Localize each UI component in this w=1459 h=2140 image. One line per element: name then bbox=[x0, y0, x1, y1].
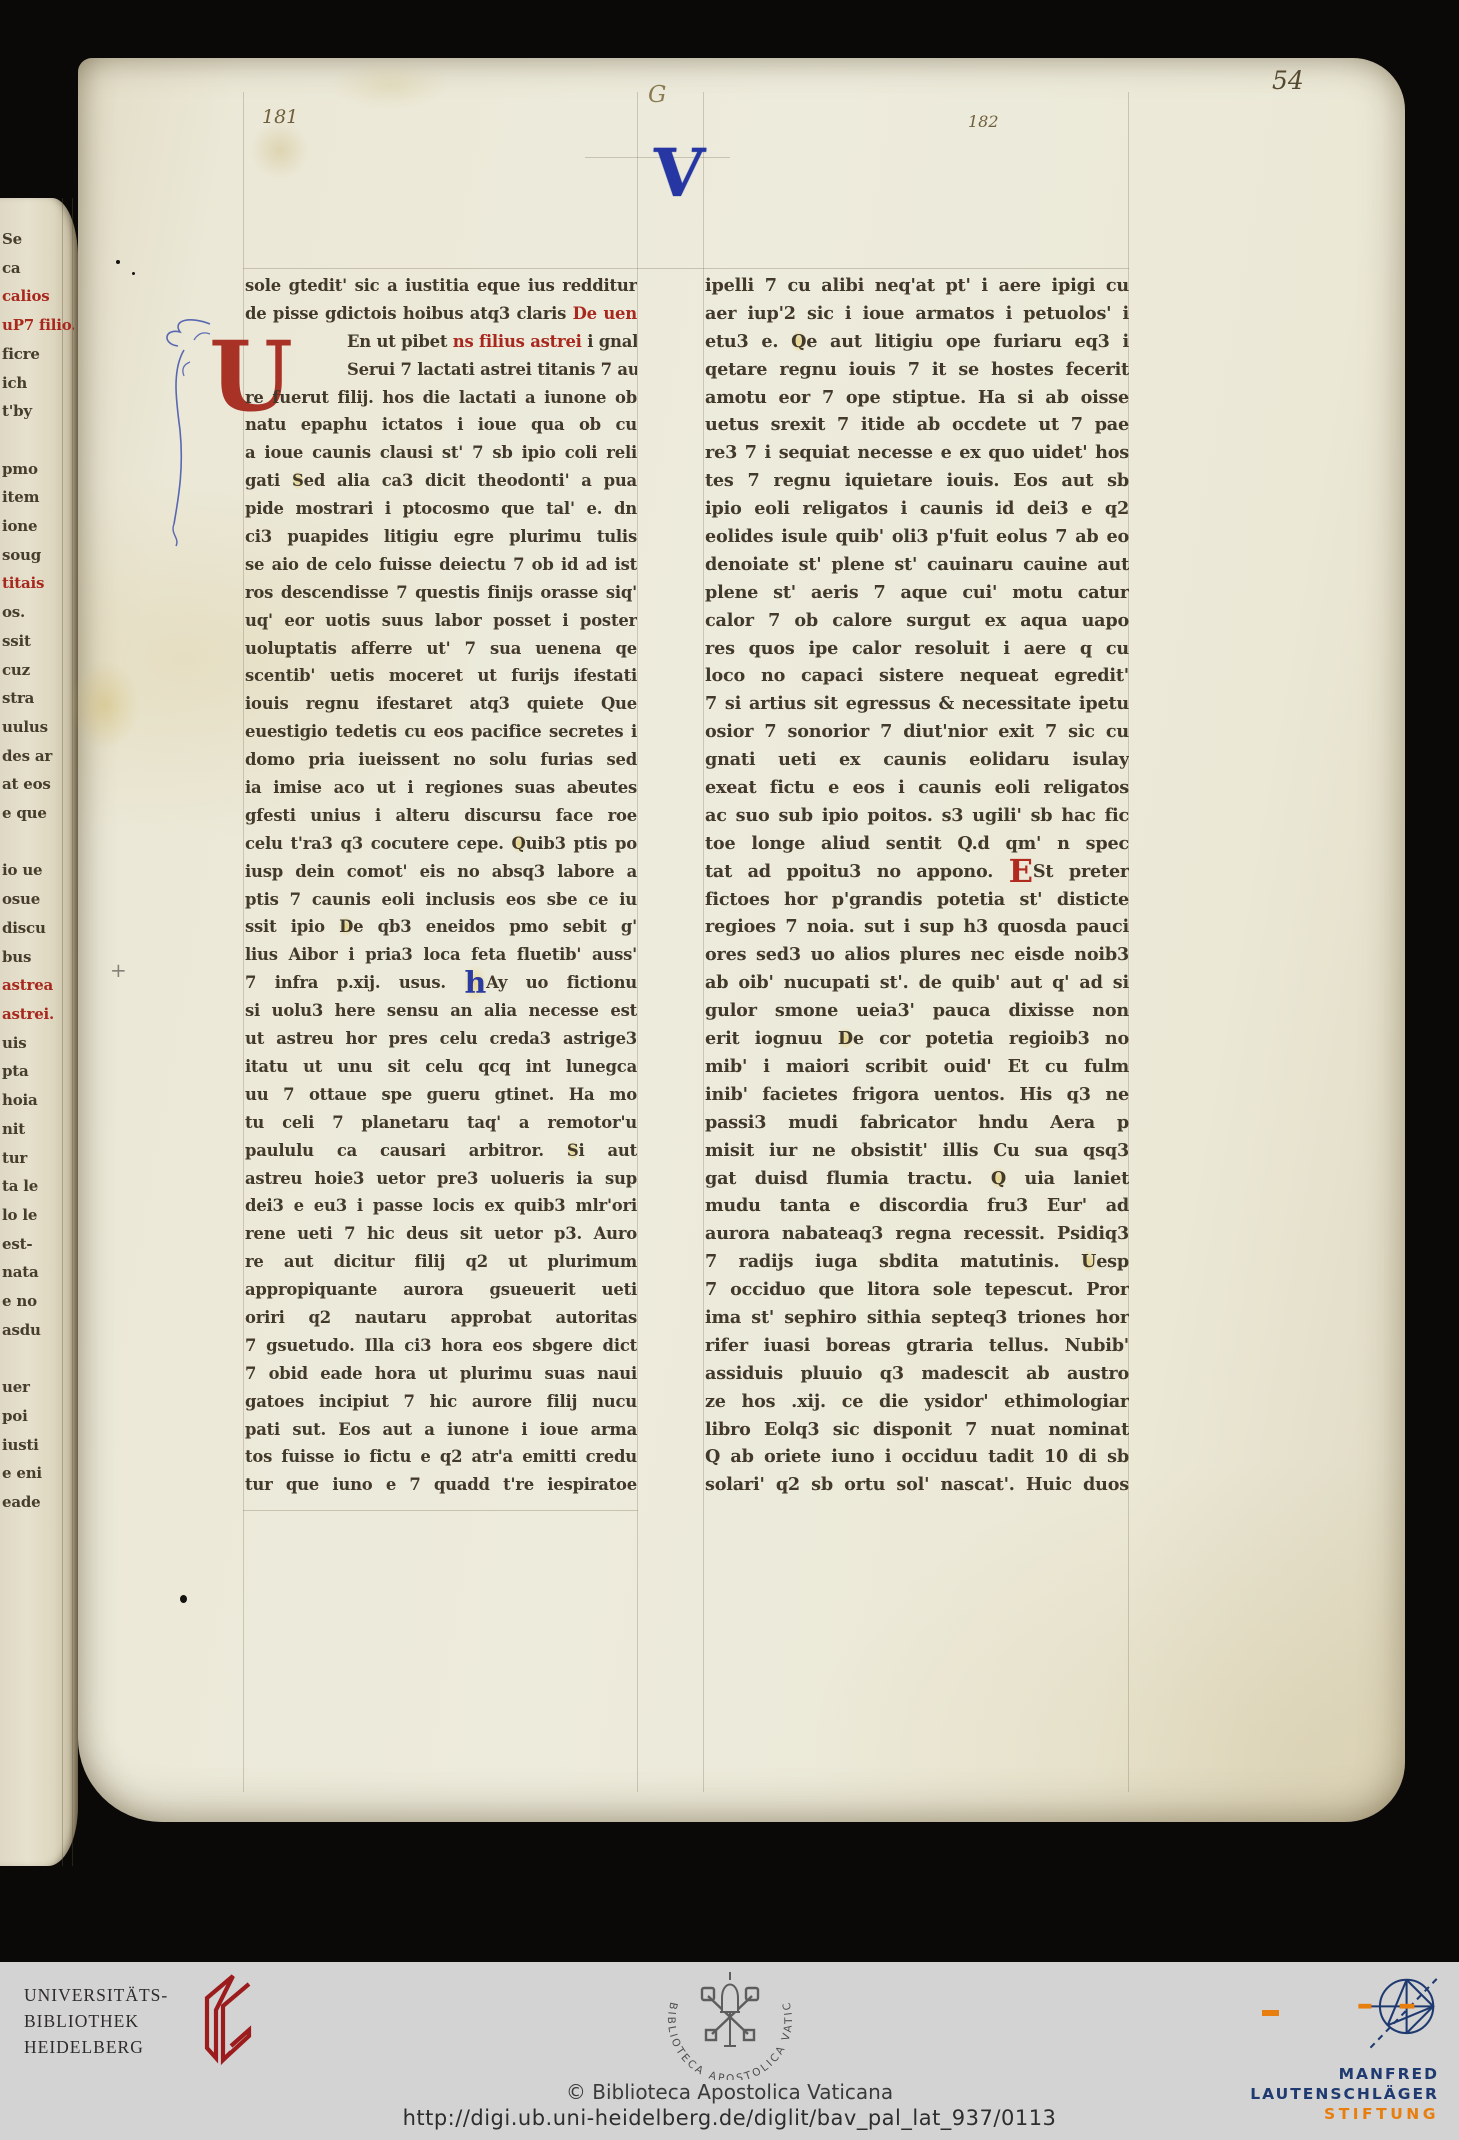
manuscript-text-line: erit iognuu De cor potetia regioib3 no bbox=[705, 1025, 1129, 1053]
margin-fragment: calios bbox=[2, 282, 74, 311]
manuscript-text-line: pide mostrari i ptocosmo que tal' e. dn bbox=[245, 495, 637, 523]
manuscript-text-line: gat duisd flumia tractu. Q uia laniet bbox=[705, 1165, 1129, 1193]
manuscript-text-line: re fuerut filij. hos die lactati a iunon… bbox=[245, 384, 637, 412]
margin-fragment: uer bbox=[2, 1373, 74, 1402]
margin-fragment: ficre bbox=[2, 340, 74, 369]
manuscript-text-line: res quos ipe calor resoluit i aere q cu bbox=[705, 635, 1129, 663]
manuscript-text-line: gulor smone ueia3' pauca dixisse non bbox=[705, 997, 1129, 1025]
margin-fragment bbox=[2, 828, 74, 857]
margin-fragment: uP7 filio. bbox=[2, 311, 74, 340]
margin-fragment: at eos bbox=[2, 770, 74, 799]
manuscript-text-line: celu t'ra3 q3 cocutere cepe. Quib3 ptis … bbox=[245, 830, 637, 858]
manuscript-text-line: pati sut. Eos aut a iunone i ioue arma bbox=[245, 1416, 637, 1444]
margin-fragment: astrea bbox=[2, 971, 74, 1000]
ink-spot bbox=[180, 1595, 187, 1603]
margin-fragment: discu bbox=[2, 914, 74, 943]
margin-fragment: soug bbox=[2, 541, 74, 570]
margin-fragment: Se bbox=[2, 225, 74, 254]
ub-heidelberg-logo-icon bbox=[195, 1970, 255, 2070]
manuscript-text-line: ores sed3 uo alios plures nec eisde noib… bbox=[705, 941, 1129, 969]
margin-fragment: io ue bbox=[2, 856, 74, 885]
manuscript-text-line: uq' eor uotis suus labor posset i poster bbox=[245, 607, 637, 635]
manuscript-text-line: passi3 mudi fabricator hndu Aera p bbox=[705, 1109, 1129, 1137]
manuscript-text-line: ac suo sub ipio poitos. s3 ugili' sb hac… bbox=[705, 802, 1129, 830]
manuscript-text-line: 7 radijs iuga sbdita matutinis. Uesp bbox=[705, 1248, 1129, 1276]
copyright-line: © Biblioteca Apostolica Vaticana bbox=[0, 2080, 1459, 2104]
margin-fragment: os. bbox=[2, 598, 74, 627]
manuscript-text-line: ros descendisse 7 questis finijs orasse … bbox=[245, 579, 637, 607]
margin-fragment: uulus bbox=[2, 713, 74, 742]
manuscript-text-line: de pisse gdictois hoibus atq3 claris De … bbox=[245, 300, 637, 328]
papal-tiara-icon bbox=[720, 1972, 740, 2046]
manuscript-text-line: 7 infra p.xij. usus. hAy uo fictionu bbox=[245, 969, 637, 997]
manuscript-text-line: gfesti unius i alteru discursu face roe bbox=[245, 802, 637, 830]
margin-fragment: astrei. bbox=[2, 1000, 74, 1029]
manuscript-text-line: dei3 e eu3 i passe locis ex quib3 mlr'or… bbox=[245, 1192, 637, 1220]
text-column-left: sole gtedit' sic a iustitia eque ius red… bbox=[245, 272, 637, 1504]
manuscript-text-line: uetus srexit 7 itide ab occdete ut 7 pae bbox=[705, 411, 1129, 439]
source-url: http://digi.ub.uni-heidelberg.de/diglit/… bbox=[0, 2106, 1459, 2130]
manuscript-text-line: gatoes incipiut 7 hic aurore filij nucu bbox=[245, 1388, 637, 1416]
margin-fragment: nata bbox=[2, 1258, 74, 1287]
manuscript-text-line: se aio de celo fuisse deiectu 7 ob id ad… bbox=[245, 551, 637, 579]
manuscript-text-line: paululu ca causari arbitror. Si aut bbox=[245, 1137, 637, 1165]
manuscript-text-line: rifer iuasi boreas gtraria tellus. Nubib… bbox=[705, 1332, 1129, 1360]
manuscript-text-line: ima st' sephiro sithia septeq3 triones h… bbox=[705, 1304, 1129, 1332]
margin-fragment: t'by bbox=[2, 397, 74, 426]
manuscript-text-line: ci3 puapides litigiu egre plurimu tulis bbox=[245, 523, 637, 551]
manuscript-text-line: domo pria iueissent no solu furias sed bbox=[245, 746, 637, 774]
manuscript-text-line: libro Eolq3 sic disponit 7 nuat nominat bbox=[705, 1416, 1129, 1444]
manuscript-text-line: itatu ut unu sit celu qcq int lunegca bbox=[245, 1053, 637, 1081]
text-column-right: ipelli 7 cu alibi neq'at pt' i aere ipig… bbox=[705, 272, 1129, 1504]
manuscript-text-line: ze hos .xij. ce die ysidor' ethimologiar bbox=[705, 1388, 1129, 1416]
margin-fragment: ione bbox=[2, 512, 74, 541]
margin-fragment: uis bbox=[2, 1029, 74, 1058]
manuscript-text-line: 7 si artius sit egressus & necessitate i… bbox=[705, 690, 1129, 718]
manuscript-text-line: ipio eoli religatos i caunis id dei3 e q… bbox=[705, 495, 1129, 523]
parchment-stain bbox=[250, 120, 310, 180]
margin-fragment: bus bbox=[2, 943, 74, 972]
margin-fragment: est- bbox=[2, 1230, 74, 1259]
manuscript-text-line: re3 7 i sequiat necesse e ex quo uidet' … bbox=[705, 439, 1129, 467]
margin-fragment: ssit bbox=[2, 627, 74, 656]
manuscript-text-line: mudu tanta e discordia fru3 Eur' ad bbox=[705, 1192, 1129, 1220]
margin-fragment: ca bbox=[2, 254, 74, 283]
margin-fragment: osue bbox=[2, 885, 74, 914]
manuscript-text-line: tat ad ppoitu3 no appono. ESt preter bbox=[705, 858, 1129, 886]
manuscript-text-line: calor 7 ob calore surgut ex aqua uapo bbox=[705, 607, 1129, 635]
manuscript-text-line: ptis 7 caunis eoli inclusis eos sbe ce i… bbox=[245, 886, 637, 914]
ruling-line-horizontal bbox=[243, 1510, 638, 1511]
ruling-line-vertical bbox=[637, 92, 638, 1792]
manuscript-text-line: iusp dein comot' eis no absq3 labore a bbox=[245, 858, 637, 886]
manuscript-text-line: ut astreu hor pres celu creda3 astrige3 bbox=[245, 1025, 637, 1053]
manuscript-text-line: osior 7 sonorior 7 diut'nior exit 7 sic … bbox=[705, 718, 1129, 746]
margin-fragment: poi bbox=[2, 1402, 74, 1431]
manuscript-text-line: natu epaphu ictatos i ioue qua ob cu bbox=[245, 411, 637, 439]
ub-line-3: HEIDELBERG bbox=[24, 2034, 168, 2060]
manuscript-text-line: astreu hoie3 uetor pre3 uolueris ia sup bbox=[245, 1165, 637, 1193]
quire-mark: G bbox=[648, 82, 666, 108]
manuscript-text-line: uoluptatis afferre ut' 7 sua uenena qe bbox=[245, 635, 637, 663]
manuscript-text-line: toe longe aliud sentit Q.d qm' n spec bbox=[705, 830, 1129, 858]
manuscript-text-line: ssit ipio De qb3 eneidos pmo sebit g' bbox=[245, 913, 637, 941]
facing-page-text-fragments: SecacaliosuP7 filio.ficreicht'by pmoitem… bbox=[2, 225, 74, 1517]
manuscript-text-line: assiduis pluuio q3 madescit ab austro bbox=[705, 1360, 1129, 1388]
foundation-line-2: LAUTENSCHLÄGER bbox=[1250, 2084, 1439, 2104]
margin-fragment: eade bbox=[2, 1488, 74, 1517]
manuscript-text-line: plene st' aeris 7 aque cui' motu catur bbox=[705, 579, 1129, 607]
digitized-manuscript-scan: { "page_numbers": { "folio_left": "181",… bbox=[0, 0, 1459, 2140]
manuscript-text-line: eolides isule quib' oli3 p'fuit eolus 7 … bbox=[705, 523, 1129, 551]
blue-initial-v: V bbox=[640, 138, 715, 212]
manuscript-text-line: amotu eor 7 ope stiptue. Ha si ab oisse bbox=[705, 384, 1129, 412]
manuscript-text-line: ipelli 7 cu alibi neq'at pt' i aere ipig… bbox=[705, 272, 1129, 300]
manuscript-text-line: tu celi 7 planetaru taq' a remotor'u bbox=[245, 1109, 637, 1137]
manuscript-text-line: aer iup'2 sic i ioue armatos i petuolos'… bbox=[705, 300, 1129, 328]
margin-fragment: ich bbox=[2, 369, 74, 398]
university-library-name: UNIVERSITÄTS- BIBLIOTHEK HEIDELBERG bbox=[24, 1982, 168, 2060]
manuscript-text-line: aurora nabateaq3 regna recessit. Psidiq3 bbox=[705, 1220, 1129, 1248]
biblioteca-apostolica-vaticana-seal-icon: BIBLIOTECA APOSTOLICA VATICANA bbox=[650, 1968, 810, 2080]
manuscript-text-line: 7 gsuetudo. Illa ci3 hora eos sbgere dic… bbox=[245, 1332, 637, 1360]
manuscript-text-line: mib' i maiori scribit ouid' Et cu fulm bbox=[705, 1053, 1129, 1081]
ink-spot bbox=[116, 260, 120, 264]
manuscript-text-line: re aut dicitur filij q2 ut plurimum bbox=[245, 1248, 637, 1276]
manuscript-text-line: tos fuisse io fictu e q2 atr'a emitti cr… bbox=[245, 1443, 637, 1471]
pencil-cross-mark: + bbox=[110, 958, 127, 982]
manuscript-text-line: uu 7 ottaue spe gueru gtinet. Ha mo bbox=[245, 1081, 637, 1109]
margin-fragment: tur bbox=[2, 1144, 74, 1173]
manuscript-text-line: denoiate st' plene st' cauinaru cauine a… bbox=[705, 551, 1129, 579]
foundation-line-3: STIFTUNG bbox=[1250, 2104, 1439, 2124]
manuscript-text-line: tes 7 regnu iquietare iouis. Eos aut sb bbox=[705, 467, 1129, 495]
margin-fragment: asdu bbox=[2, 1316, 74, 1345]
manuscript-text-line: 7 occiduo que litora sole tepescut. Pror bbox=[705, 1276, 1129, 1304]
manuscript-text-line: 7 obid eade hora ut plurimu suas naui bbox=[245, 1360, 637, 1388]
manuscript-text-line: qetare regnu iouis 7 it se hostes feceri… bbox=[705, 356, 1129, 384]
margin-fragment: pmo bbox=[2, 455, 74, 484]
margin-fragment: lo le bbox=[2, 1201, 74, 1230]
ub-line-2: BIBLIOTHEK bbox=[24, 2008, 168, 2034]
manuscript-text-line: Serui 7 lactati astrei titanis 7 auro bbox=[245, 356, 637, 384]
foundation-name: MANFRED LAUTENSCHLÄGER STIFTUNG bbox=[1250, 2064, 1439, 2124]
folio-number-182: 182 bbox=[968, 112, 999, 131]
manuscript-text-line: solari' q2 sb ortu sol' nascat'. Huic du… bbox=[705, 1471, 1129, 1499]
manuscript-text-line: tur que iuno e 7 quadd t're iespiratoe bbox=[245, 1471, 637, 1499]
manuscript-text-line: etu3 e. Qe aut litigiu ope furiaru eq3 i bbox=[705, 328, 1129, 356]
manuscript-text-line: ia imise aco ut i regiones suas abeutes bbox=[245, 774, 637, 802]
manuscript-text-line: ab oib' nucupati st'. de quib' aut q' ad… bbox=[705, 969, 1129, 997]
manuscript-text-line: regioes 7 noia. sut i sup h3 quosda pauc… bbox=[705, 913, 1129, 941]
manuscript-text-line: scentib' uetis moceret ut furijs ifestat… bbox=[245, 662, 637, 690]
orange-dash-mark bbox=[1262, 2010, 1279, 2016]
manuscript-text-line: euestigio tedetis cu eos pacifice secret… bbox=[245, 718, 637, 746]
margin-fragment bbox=[2, 426, 74, 455]
manuscript-text-line: fictoes hor p'grandis potetia st' distic… bbox=[705, 886, 1129, 914]
parchment-stain bbox=[70, 660, 140, 750]
manuscript-text-line: rene ueti 7 hic deus sit uetor p3. Auro bbox=[245, 1220, 637, 1248]
parchment-stain bbox=[330, 60, 450, 110]
manuscript-text-line: appropiquante aurora gsueuerit ueti bbox=[245, 1276, 637, 1304]
manuscript-text-line: inib' facietes frigora uentos. His q3 ne bbox=[705, 1081, 1129, 1109]
manuscript-text-line: Q ab oriete iuno i occiduu tadit 10 di s… bbox=[705, 1443, 1129, 1471]
manuscript-text-line: misit iur ne obsistit' illis Cu sua qsq3 bbox=[705, 1137, 1129, 1165]
margin-fragment bbox=[2, 1344, 74, 1373]
margin-fragment: pta bbox=[2, 1057, 74, 1086]
margin-fragment: item bbox=[2, 483, 74, 512]
manuscript-text-line: En ut pibet ns filius astrei i gnali. bbox=[245, 328, 637, 356]
camera-black-background: SecacaliosuP7 filio.ficreicht'by pmoitem… bbox=[0, 0, 1459, 1962]
ruling-line-vertical bbox=[703, 92, 704, 1792]
manuscript-text-line: a ioue caunis clausi st' 7 sb ipio coli … bbox=[245, 439, 637, 467]
margin-fragment: iusti bbox=[2, 1431, 74, 1460]
margin-fragment: stra bbox=[2, 684, 74, 713]
margin-fragment: titais bbox=[2, 569, 74, 598]
manuscript-text-line: iouis regnu ifestaret atq3 quiete Que bbox=[245, 690, 637, 718]
ruling-line-horizontal bbox=[243, 268, 1129, 269]
manuscript-text-line: lius Aibor i pria3 loca feta fluetib' au… bbox=[245, 941, 637, 969]
lautenschlaeger-foundation-logo-icon bbox=[1355, 1970, 1441, 2060]
manuscript-text-line: gnati ueti ex caunis eolidaru isulay bbox=[705, 746, 1129, 774]
foundation-line-1: MANFRED bbox=[1250, 2064, 1439, 2084]
margin-fragment: e que bbox=[2, 799, 74, 828]
margin-fragment: e no bbox=[2, 1287, 74, 1316]
margin-fragment: e eni bbox=[2, 1459, 74, 1488]
manuscript-text-line: si uolu3 here sensu an alia necesse est bbox=[245, 997, 637, 1025]
margin-fragment: hoia bbox=[2, 1086, 74, 1115]
manuscript-text-line: exeat fictu e eos i caunis eoli religato… bbox=[705, 774, 1129, 802]
ub-line-1: UNIVERSITÄTS- bbox=[24, 1982, 168, 2008]
manuscript-text-line: oriri q2 nautaru approbat autoritas bbox=[245, 1304, 637, 1332]
digitization-footer: UNIVERSITÄTS- BIBLIOTHEK HEIDELBERG BIBL… bbox=[0, 1962, 1459, 2140]
ink-spot bbox=[132, 272, 135, 275]
corner-page-number-54: 54 bbox=[1272, 66, 1304, 95]
manuscript-text-line: loco no capaci sistere nequeat egredit' bbox=[705, 662, 1129, 690]
margin-fragment: nit bbox=[2, 1115, 74, 1144]
manuscript-text-line: sole gtedit' sic a iustitia eque ius red… bbox=[245, 272, 637, 300]
manuscript-text-line: gati Sed alia ca3 dicit theodonti' a pua bbox=[245, 467, 637, 495]
margin-fragment: des ar bbox=[2, 742, 74, 771]
margin-fragment: cuz bbox=[2, 656, 74, 685]
margin-fragment: ta le bbox=[2, 1172, 74, 1201]
